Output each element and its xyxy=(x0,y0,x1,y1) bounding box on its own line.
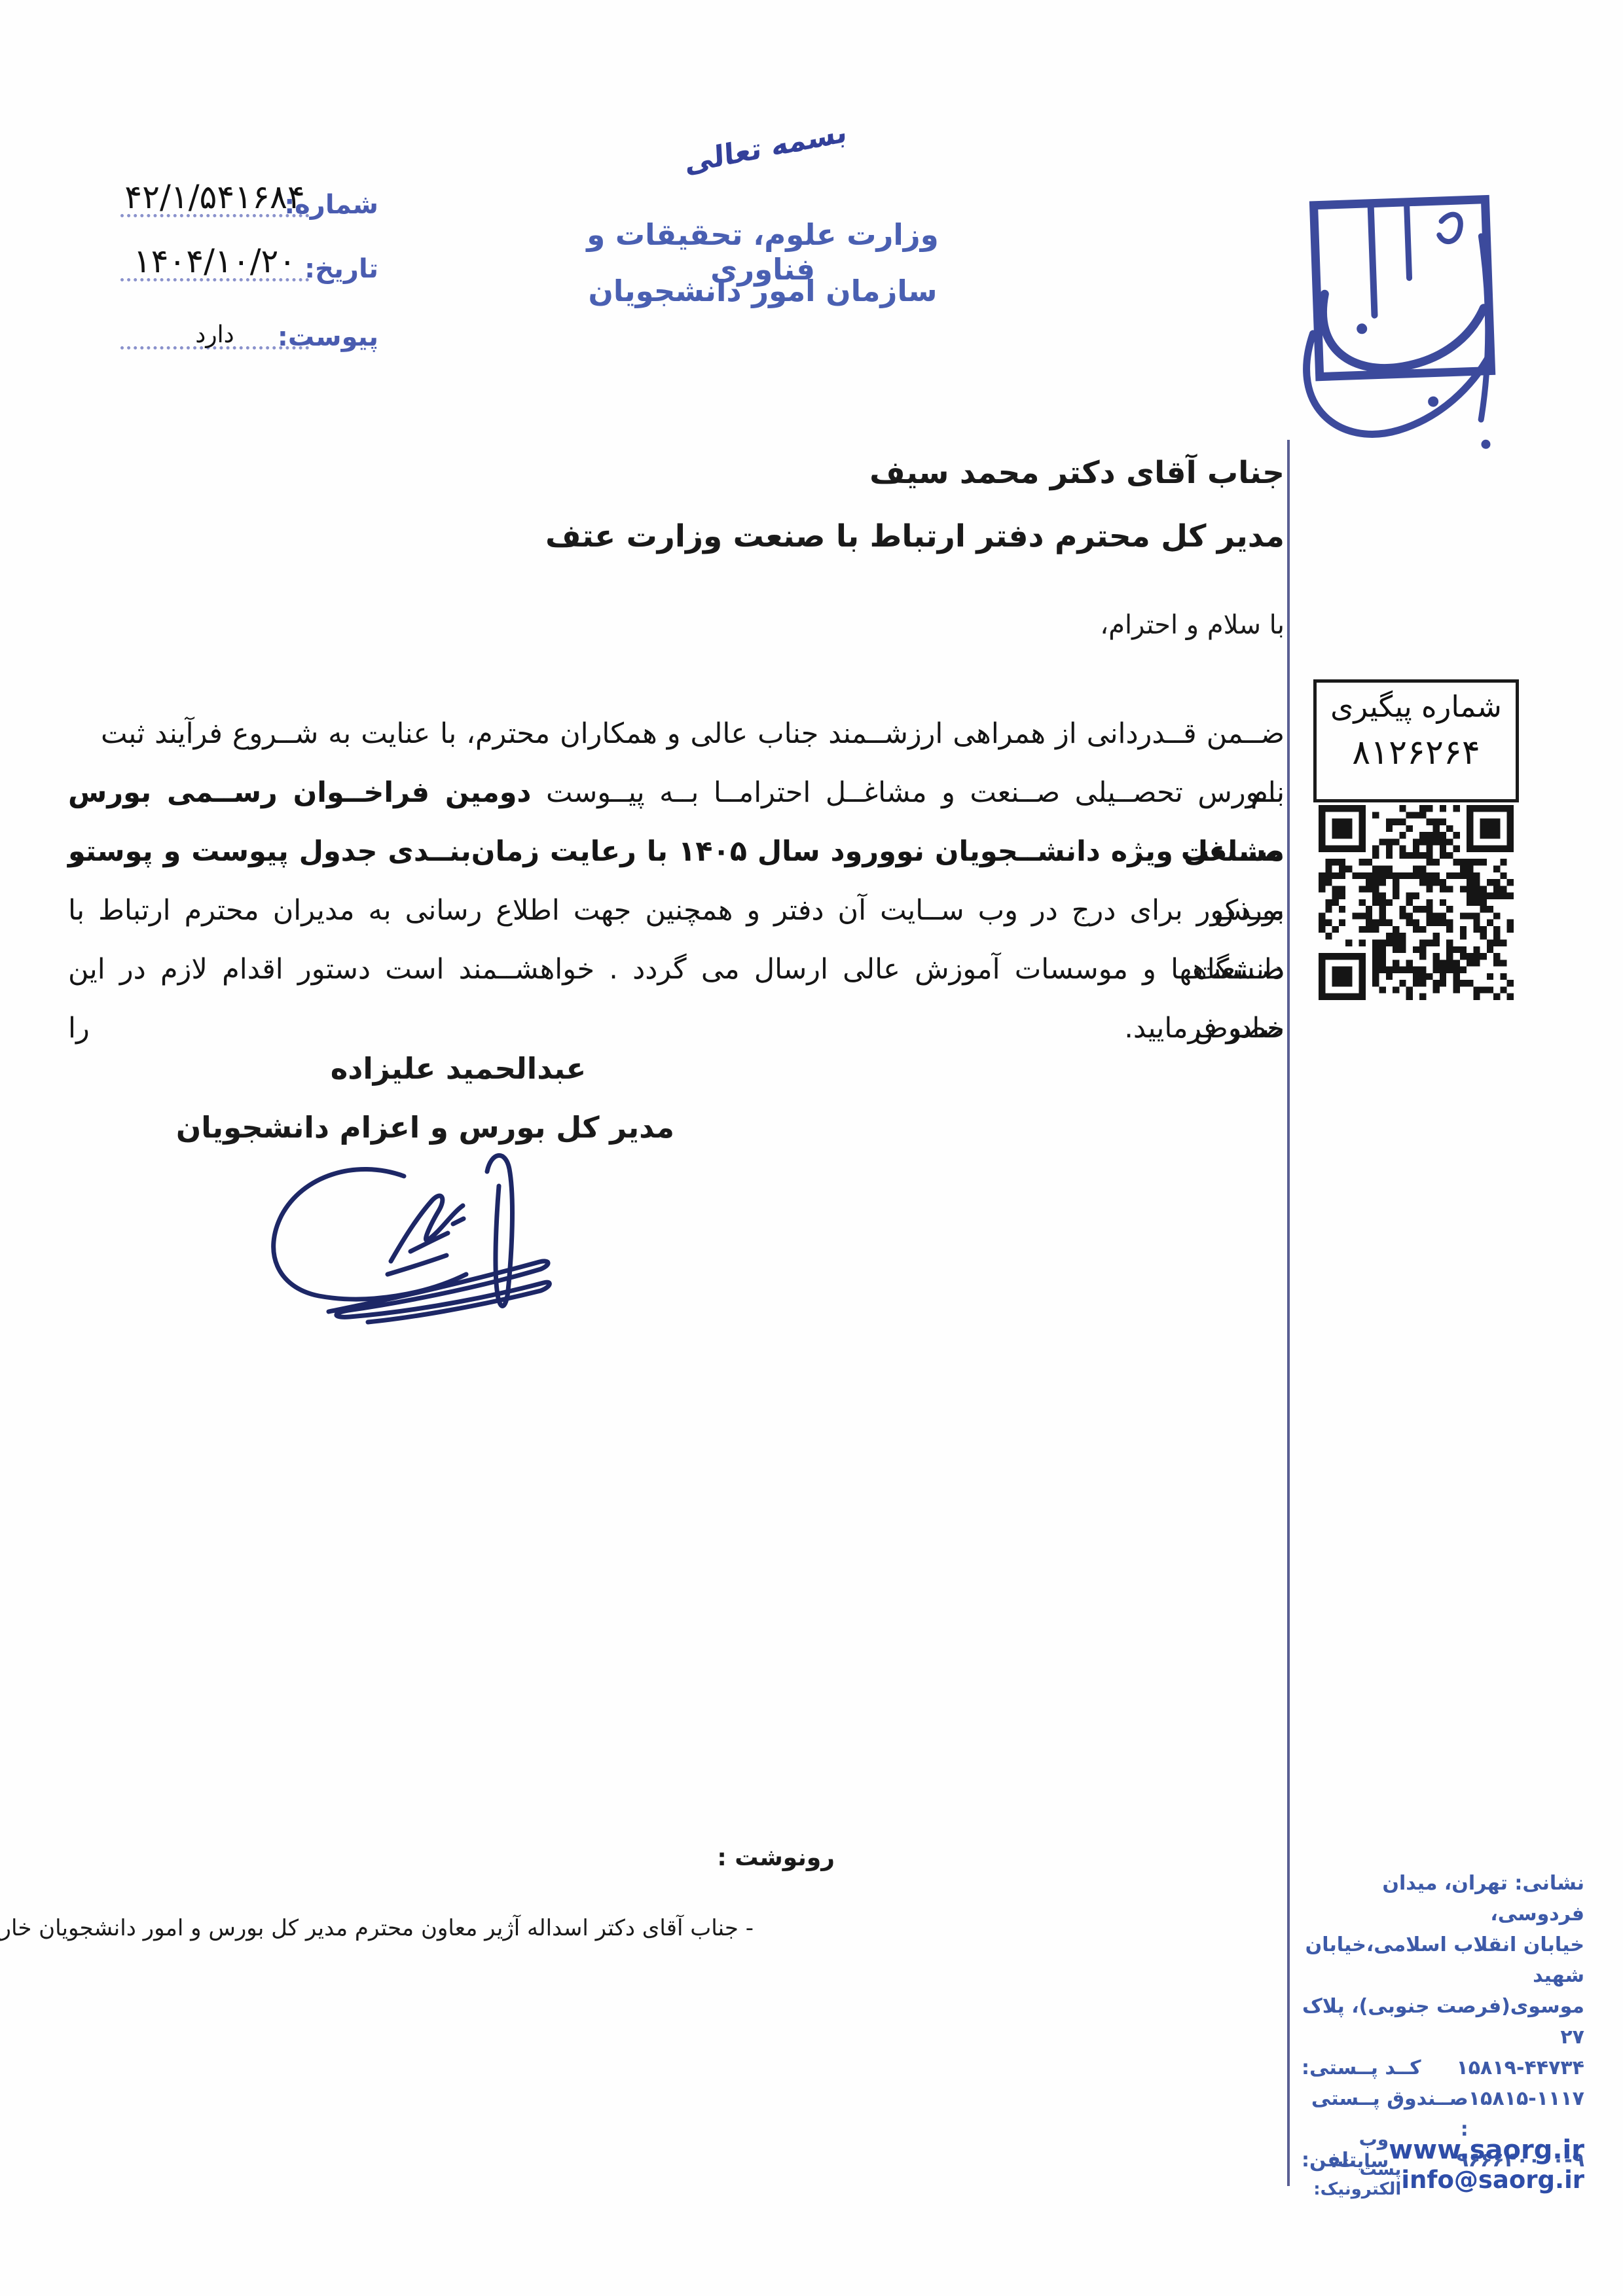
letter-date-label: تاریخ: xyxy=(304,254,378,284)
qr-code xyxy=(1313,805,1519,1000)
address-line: ۱۵۸۱۹-۴۴۷۳۴کــد پــستی: xyxy=(1302,2053,1584,2083)
address-value: ۱۵۸۱۵-۱۱۱۷ xyxy=(1468,2083,1584,2114)
cc-heading: رونوشت : xyxy=(704,1844,835,1871)
body-line: ضــمن قــدردانی از همراهی ارزشــمند جناب… xyxy=(68,704,1285,763)
email-address: info@saorg.ir xyxy=(1401,2166,1584,2194)
saorg-logo-icon xyxy=(1269,190,1504,459)
address-label: کــد پــستی: xyxy=(1302,2053,1421,2083)
letter-number-label: شماره: xyxy=(284,190,378,220)
handwritten-signature-ink xyxy=(257,1140,558,1340)
tracking-label: شماره پیگیری xyxy=(1317,689,1516,724)
email-row: info@saorg.ir پست الکترونیک: xyxy=(1302,2160,1584,2199)
margin-separator-line xyxy=(1287,440,1290,2186)
address-line: خیابان انقلاب اسلامی،خیابان شهید xyxy=(1302,1929,1584,1991)
attachment-label: پیوست: xyxy=(278,322,378,352)
scanned-letter-page: ۴۲/۱/۵۴۱۶۸۴ شماره: ۱۴۰۴/۱۰/۲۰ تاریخ: دار… xyxy=(0,0,1623,2296)
letter-number-value: ۴۲/۱/۵۴۱۶۸۴ xyxy=(120,178,309,216)
body-line: دانشگاهها و موسسات آموزش عالی ارسال می گ… xyxy=(68,940,1285,999)
field-row-number: ۴۲/۱/۵۴۱۶۸۴ شماره: xyxy=(118,171,378,224)
besmellah-calligraphy: بسمه تعالی xyxy=(668,105,864,190)
tracking-number: ۸۱۲۶۲۶۴ xyxy=(1317,733,1516,772)
body-text-bold: مشاغل ویژه دانشــجویان نوورود سال ۱۴۰۵ ب… xyxy=(68,835,1285,868)
address-line: نشانی: تهران، میدان فردوسی، xyxy=(1302,1868,1584,1929)
address-value: ۱۵۸۱۹-۴۴۷۳۴ xyxy=(1456,2053,1584,2083)
body-line: مشاغل ویژه دانشــجویان نوورود سال ۱۴۰۵ ب… xyxy=(68,822,1285,881)
field-row-date: ۱۴۰۴/۱۰/۲۰ تاریخ: xyxy=(118,236,378,288)
field-row-attachment: دارد پیوست: xyxy=(118,304,378,356)
organization-title: سازمان امور دانشجویان xyxy=(576,274,949,308)
signatory-name: عبدالحمید علیزاده xyxy=(275,1051,642,1086)
salutation: با سلام و احترام، xyxy=(589,610,1285,640)
recipient-title: مدیر کل محترم دفتر ارتباط با صنعت وزارت … xyxy=(589,518,1285,554)
body-line: بــورس تحصــیلی صــنعت و مشاغــل احترامـ… xyxy=(68,763,1285,822)
tracking-number-box: شماره پیگیری ۸۱۲۶۲۶۴ xyxy=(1313,679,1519,802)
body-text: بــورس تحصــیلی صــنعت و مشاغــل احترامـ… xyxy=(532,776,1285,809)
letter-date-value: ۱۴۰۴/۱۰/۲۰ xyxy=(120,242,309,280)
body-text: دانشگاهها و موسسات آموزش عالی ارسال می گ… xyxy=(68,953,1285,1045)
cc-item: - جناب آقای دکتر اسداله آژیر معاون محترم… xyxy=(62,1915,754,1941)
letter-body: ضــمن قــدردانی از همراهی ارزشــمند جناب… xyxy=(68,704,1285,1058)
recipient-name: جناب آقای دکتر محمد سیف xyxy=(589,455,1285,491)
body-text: صادر فرمایید. xyxy=(1124,1012,1285,1045)
body-line: مــذکور برای درج در وب ســایت آن دفتر و … xyxy=(68,881,1285,940)
email-label: پست الکترونیک: xyxy=(1302,2160,1401,2199)
address-line: موسوی(فرصت جنوبی)، پلاک ۲۷ xyxy=(1302,1991,1584,2053)
